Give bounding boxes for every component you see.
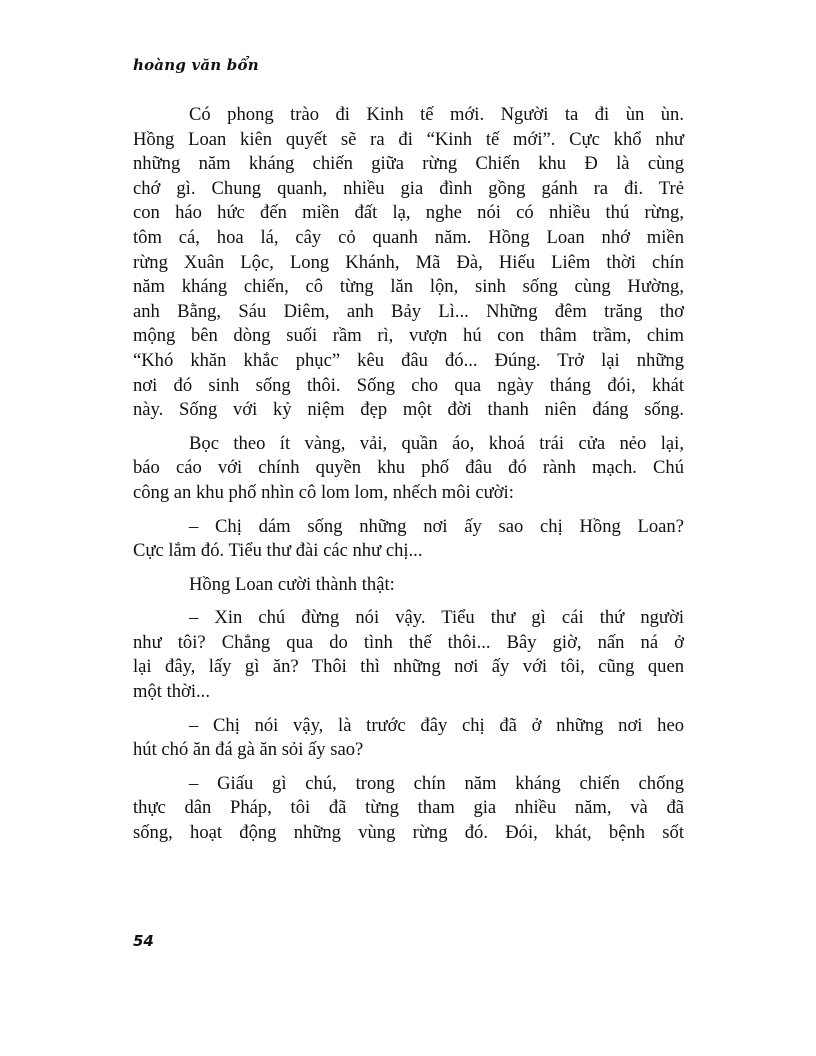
- paragraph: Hồng Loan cười thành thật:: [133, 573, 684, 598]
- paragraph: Bọc theo ít vàng, vải, quần áo, khoá trá…: [133, 432, 684, 506]
- text-line: báo cáo với chính quyền khu phố đâu đó r…: [133, 456, 684, 481]
- text-line: – Giấu gì chú, trong chín năm kháng chiế…: [133, 772, 684, 797]
- text-line: một thời...: [133, 680, 684, 705]
- text-line: năm kháng chiến, cô từng lăn lộn, sinh s…: [133, 275, 684, 300]
- paragraph: – Chị nói vậy, là trước đây chị đã ở nhữ…: [133, 714, 684, 763]
- text-line: này. Sống với kỷ niệm đẹp một đời thanh …: [133, 398, 684, 423]
- text-line: hút chó ăn đá gà ăn sỏi ấy sao?: [133, 738, 684, 763]
- text-line: như tôi? Chẳng qua do tình thế thôi... B…: [133, 631, 684, 656]
- text-line: chớ gì. Chung quanh, nhiều gia đình gồng…: [133, 177, 684, 202]
- text-line: Có phong trào đi Kinh tế mới. Người ta đ…: [133, 103, 684, 128]
- paragraph: Có phong trào đi Kinh tế mới. Người ta đ…: [133, 103, 684, 423]
- text-line: anh Bằng, Sáu Diêm, anh Bảy Lì... Những …: [133, 300, 684, 325]
- paragraph: – Chị dám sống những nơi ấy sao chị Hồng…: [133, 515, 684, 564]
- running-head-author: hoàng văn bổn: [133, 56, 259, 74]
- text-line: sống, hoạt động những vùng rừng đó. Đói,…: [133, 821, 684, 846]
- text-line: mộng bên dòng suối rầm rì, vượn hú con t…: [133, 324, 684, 349]
- paragraph: – Xin chú đừng nói vậy. Tiểu thư gì cái …: [133, 606, 684, 704]
- text-line: – Chị dám sống những nơi ấy sao chị Hồng…: [133, 515, 684, 540]
- page-number: 54: [133, 932, 154, 950]
- text-line: – Chị nói vậy, là trước đây chị đã ở nhữ…: [133, 714, 684, 739]
- text-line: rừng Xuân Lộc, Long Khánh, Mã Đà, Hiếu L…: [133, 251, 684, 276]
- text-line: Cực lắm đó. Tiểu thư đài các như chị...: [133, 539, 684, 564]
- text-line: “Khó khăn khắc phục” kêu đâu đó... Đúng.…: [133, 349, 684, 374]
- text-line: nơi đó sinh sống thôi. Sống cho qua ngày…: [133, 374, 684, 399]
- text-line: con háo hức đến miền đất lạ, nghe nói có…: [133, 201, 684, 226]
- book-page: hoàng văn bổn Có phong trào đi Kinh tế m…: [0, 0, 816, 1056]
- text-line: những năm kháng chiến giữa rừng Chiến kh…: [133, 152, 684, 177]
- text-line: tôm cá, hoa lá, cây cỏ quanh năm. Hồng L…: [133, 226, 684, 251]
- text-line: Hồng Loan cười thành thật:: [133, 573, 684, 598]
- paragraph: – Giấu gì chú, trong chín năm kháng chiế…: [133, 772, 684, 846]
- text-line: Bọc theo ít vàng, vải, quần áo, khoá trá…: [133, 432, 684, 457]
- text-line: lại đây, lấy gì ăn? Thôi thì những nơi ấ…: [133, 655, 684, 680]
- text-line: công an khu phố nhìn cô lom lom, nhếch m…: [133, 481, 684, 506]
- text-line: – Xin chú đừng nói vậy. Tiểu thư gì cái …: [133, 606, 684, 631]
- text-line: Hồng Loan kiên quyết sẽ ra đi “Kinh tế m…: [133, 128, 684, 153]
- body-text: Có phong trào đi Kinh tế mới. Người ta đ…: [133, 103, 684, 846]
- text-line: thực dân Pháp, tôi đã từng tham gia nhiề…: [133, 796, 684, 821]
